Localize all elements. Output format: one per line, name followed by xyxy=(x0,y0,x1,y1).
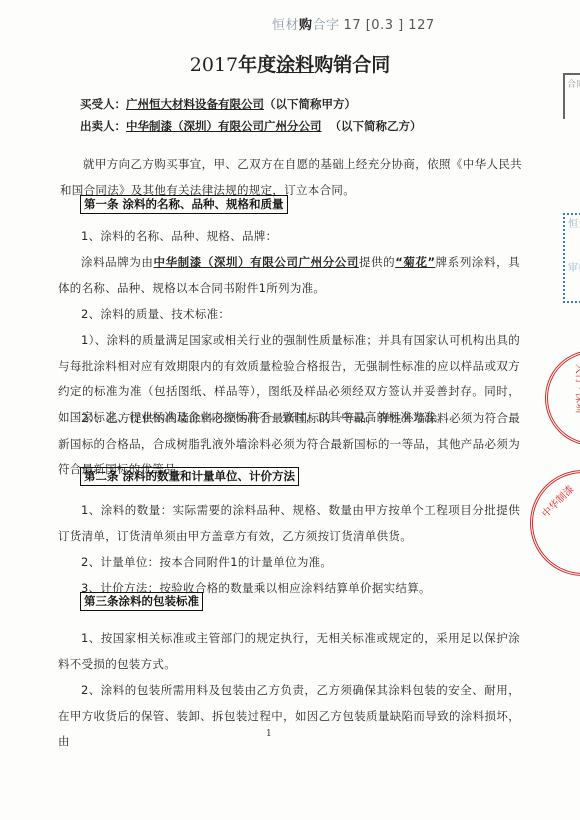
blue-stamp-top-text: 恒大地 xyxy=(568,218,580,232)
section-1-item-2-title: 2、涂料的质量、技术标准： xyxy=(58,302,520,328)
item-text: 提供的 xyxy=(359,255,395,269)
section-2-p1: 1、涂料的数量：实际需要的涂料品种、规格、数量由甲方按单个工程项目分批提供订货清… xyxy=(58,498,520,549)
ref-mid: 购 xyxy=(299,17,313,32)
section-3-p1: 1、按国家相关标准或主管部门的规定执行，无相关标准或规定的，采用足以保护涂料不受… xyxy=(58,626,520,677)
ref-prefix: 恒材 xyxy=(272,17,299,32)
grey-edge-stamp: 合同 xyxy=(563,73,580,119)
red-seal-2-text: 中华制漆 xyxy=(538,481,577,520)
page-number: 1 xyxy=(266,729,272,739)
blue-review-stamp: 恒大地 审核人 xyxy=(563,213,580,303)
seller-note: （以下简称乙方） xyxy=(330,119,422,133)
buyer-label: 买受人： xyxy=(80,97,126,111)
section-1-item-1-body: 涂料品牌为由中华制漆（深圳）有限公司广州分公司提供的“菊花”牌系列涂料，具体的名… xyxy=(58,250,520,301)
section-1-heading: 第一条 涂料的名称、品种、规格和质量 xyxy=(80,195,288,214)
section-2-heading: 第二条 涂料的数量和计量单位、计价方法 xyxy=(80,467,299,486)
title-year: 2017 xyxy=(190,54,238,76)
red-seal-2: 中华制漆 xyxy=(530,470,580,576)
contract-reference-number: 恒材购合字17 [0.3 ] 127 xyxy=(272,14,435,33)
section-1-item-1-title: 1、涂料的名称、品种、规格、品牌： xyxy=(58,224,520,250)
section-3-heading: 第三条涂料的包装标准 xyxy=(80,592,203,611)
seller-label: 出卖人： xyxy=(80,119,126,133)
buyer-name: 广州恒大材料设备有限公司 xyxy=(126,97,264,111)
item-text: 涂料品牌为由 xyxy=(81,255,154,269)
document-title: 2017年度涂料购销合同 xyxy=(0,50,580,77)
buyer-note: （以下简称甲方） xyxy=(264,97,356,111)
brand-name: “菊花” xyxy=(395,255,435,269)
ref-suffix: 合字 xyxy=(313,17,340,32)
seller-name: 中华制漆（深圳）有限公司广州分公司 xyxy=(126,119,322,133)
section-3-p2: 2、涂料的包装所需用料及包装由乙方负责，乙方须确保其涂料包装的安全、耐用，在甲方… xyxy=(58,678,520,755)
buyer-line: 买受人：广州恒大材料设备有限公司（以下简称甲方） xyxy=(80,96,356,112)
red-seal-1: 入行 · 深圳 xyxy=(545,350,580,446)
title-pre: 年度 xyxy=(238,54,276,76)
section-2-p2: 2、计量单位：按本合同附件1的计量单位为准。 xyxy=(58,550,520,576)
supplier-company: 中华制漆（深圳）有限公司广州分公司 xyxy=(154,255,359,269)
title-underlined: 涂料 xyxy=(276,54,314,76)
title-post: 购销合同 xyxy=(314,54,390,76)
red-seal-1-text: 入行 · 深圳 xyxy=(573,364,580,414)
blue-stamp-bottom-text: 审核人 xyxy=(568,262,580,276)
seller-line: 出卖人：中华制漆（深圳）有限公司广州分公司 （以下简称乙方） xyxy=(80,118,422,134)
ref-handwritten-number: 17 [0.3 ] 127 xyxy=(344,18,435,33)
